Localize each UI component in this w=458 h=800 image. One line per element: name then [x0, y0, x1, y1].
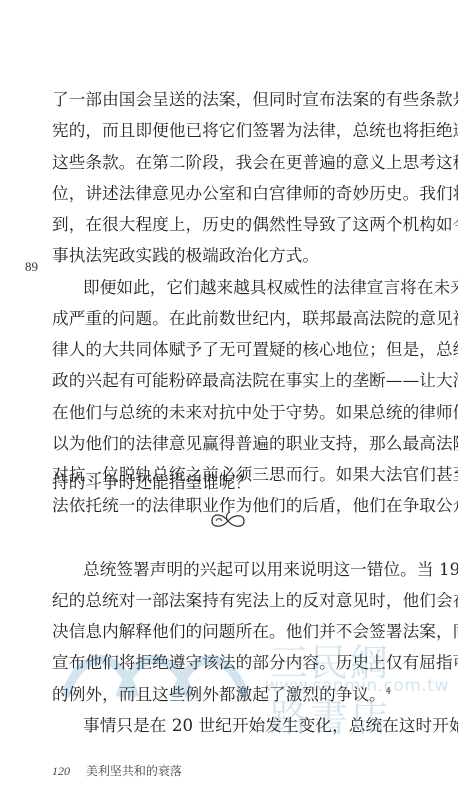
text-line: 宪的，而且即便他已将它们签署为法律，总统也将拒绝遵守: [52, 120, 420, 142]
book-page: 了一部由国会呈送的法案，但同时宣布法案的有些条款是违 宪的，而且即便他已将它们签…: [0, 0, 458, 800]
text-line: 决信息内解释他们的问题所在。他们并不会签署法案，同时: [52, 621, 420, 643]
footnote-marker[interactable]: 4: [386, 686, 391, 695]
text-line: 位，讲述法律意见办公室和白宫律师的奇妙历史。我们将看: [52, 183, 420, 205]
text-line: 持的斗争时还能指望谁呢？: [52, 472, 420, 494]
text-line: 律人的大共同体赋予了无可置疑的核心地位；但是，总统宪: [52, 339, 420, 361]
text-line: 纪的总统对一部法案持有宪法上的反对意见时，他们会在否: [52, 590, 420, 612]
flourish-ornament-icon: [208, 510, 248, 532]
text-line: 了一部由国会呈送的法案，但同时宣布法案的有些条款是违: [52, 89, 420, 111]
text-line: 总统签署声明的兴起可以用来说明这一错位。当 19 世: [83, 559, 420, 581]
text-line: 的例外，而且这些例外都激起了激烈的争议。: [52, 685, 386, 704]
text-line: 政的兴起有可能粉碎最高法院在事实上的垄断——让大法官: [52, 370, 420, 392]
text-line: 成严重的问题。在此前数世纪内，联邦最高法院的意见被法: [52, 308, 420, 330]
page-footer: 120 美利坚共和的衰落: [52, 763, 182, 779]
text-line: 这些条款。在第二阶段，我会在更普遍的意义上思考这种错: [52, 152, 420, 174]
text-line: 在他们与总统的未来对抗中处于守势。如果总统的律师们可: [52, 402, 420, 424]
text-line: 到，在很大程度上，历史的偶然性导致了这两个机构如今从: [52, 214, 420, 236]
text-line: 宣布他们将拒绝遵守该法的部分内容。历史上仅有屈指可数: [52, 652, 420, 674]
page-number: 120: [52, 764, 70, 778]
running-title: 美利坚共和的衰落: [86, 764, 182, 778]
text-line: 以为他们的法律意见赢得普遍的职业支持，那么最高法院在: [52, 433, 420, 455]
text-line: 事情只是在 20 世纪开始发生变化，总统在这时开始举: [83, 715, 420, 737]
text-line-with-footnote: 的例外，而且这些例外都激起了激烈的争议。4: [52, 684, 420, 706]
margin-page-reference: 89: [25, 256, 38, 278]
text-line: 事执法宪政实践的极端政治化方式。: [52, 245, 420, 267]
text-line: 即便如此，它们越来越具权威性的法律宣言将在未来造: [83, 277, 420, 299]
